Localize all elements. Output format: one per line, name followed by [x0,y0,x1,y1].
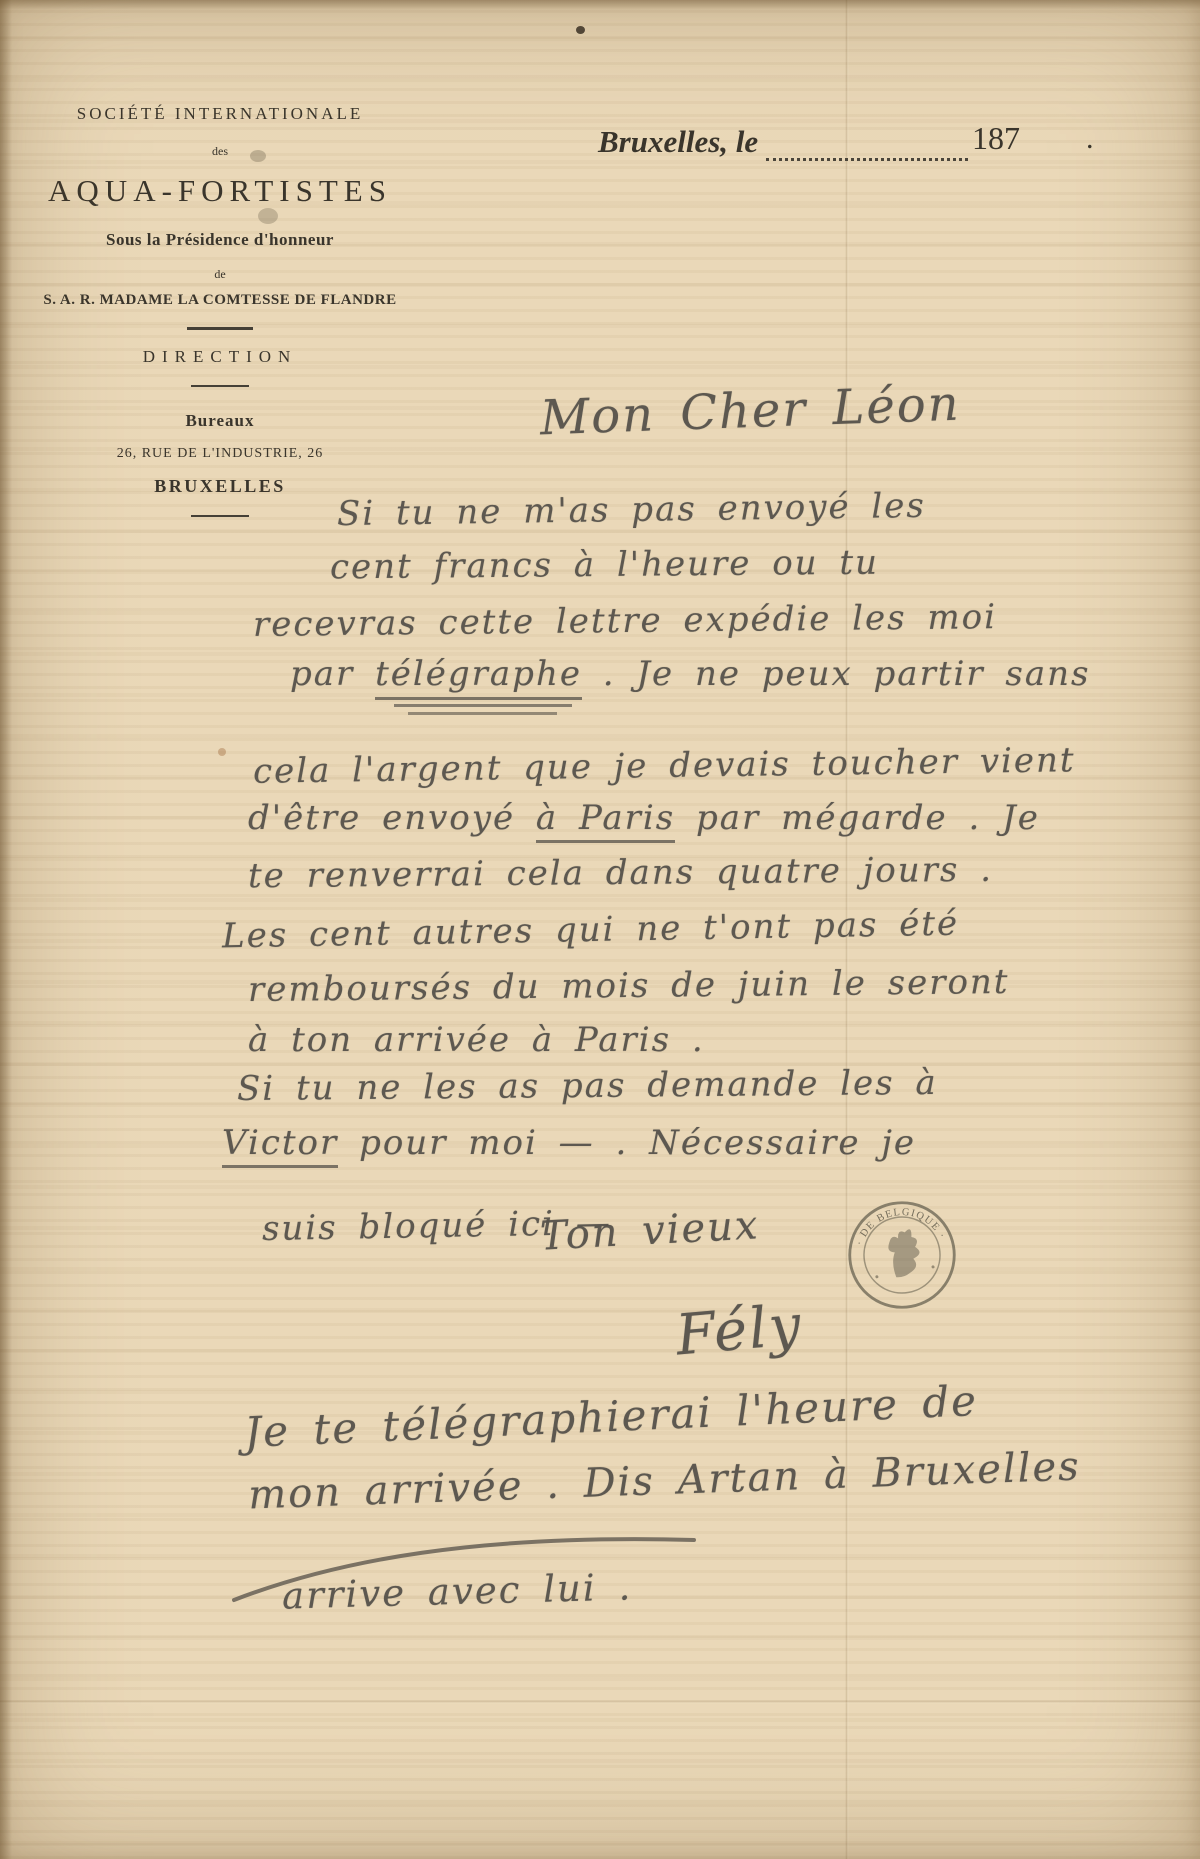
bureaux-label: Bureaux [42,411,398,431]
dateline-period: . [1086,122,1094,156]
line-text: Si tu ne m'as pas envoyé les [337,486,926,534]
letterhead: SOCIÉTÉ INTERNATIONALE des AQUA-FORTISTE… [42,104,398,517]
ink-speck [576,26,585,34]
line-text: . Je ne peux partir sans [582,654,1091,694]
salutation: Mon Cher Léon [539,376,961,447]
foxing-spot [218,748,226,756]
postscript-line-1: Je te télégraphierai l'heure de [243,1376,979,1457]
direction-label: DIRECTION [42,347,398,367]
honor-de: de [42,267,398,282]
signature: Fély [673,1293,805,1369]
honor-line: Sous la Présidence d'honneur [42,230,398,250]
divider [191,515,249,517]
dateline-dotted-rule [766,136,968,161]
divider [187,327,253,330]
handwriting-line-3: recevras cette lettre expédie les moi [253,597,997,645]
handwriting-line-5: cela l'argent que je devais toucher vien… [253,740,1076,791]
letter-page: SOCIÉTÉ INTERNATIONALE des AQUA-FORTISTE… [0,0,1200,1859]
line-text: cela l'argent que je devais toucher vien… [253,740,1076,791]
handwriting-line-2: cent francs à l'heure ou tu [330,543,879,588]
handwriting-line-9: remboursés du mois de juin le seront [248,962,1010,1010]
postscript-line-2: mon arrivée . Dis Artan à Bruxelles [247,1443,1081,1518]
underlined-word-victor: Victor [222,1123,338,1168]
lion-emblem [886,1228,923,1278]
handwriting-line-1: Si tu ne m'as pas envoyé les [337,486,926,534]
line-text: d'être envoyé [248,798,536,838]
fold-crease-horizontal [0,1700,1200,1704]
scan-edge-top [0,0,1200,10]
line-text: recevras cette lettre expédie les moi [253,597,997,645]
divider [191,385,249,387]
underlined-word-paris: à Paris [536,798,675,843]
society-title: SOCIÉTÉ INTERNATIONALE [42,104,398,124]
line-text: à ton arrivée à Paris . [248,1020,705,1060]
line-text: cent francs à l'heure ou tu [330,543,879,588]
underlined-word-telegraphe: télégraphe [375,654,582,700]
handwriting-line-6: d'être envoyé à Paris par mégarde . Je [248,798,1040,838]
handwriting-line-10: à ton arrivée à Paris . [248,1020,705,1060]
patron-line: S. A. R. MADAME LA COMTESSE DE FLANDRE [42,292,398,309]
dateline-year: 187 [972,120,1020,157]
society-name: AQUA-FORTISTES [42,173,398,209]
handwriting-line-4: par télégraphe . Je ne peux partir sans [290,654,1091,694]
handwriting-line-11: Si tu ne les as pas demande les à [237,1063,938,1109]
belgium-library-stamp-icon: · DE BELGIQUE · [836,1189,968,1321]
scan-edge-left [0,0,12,1859]
address-line: 26, RUE DE L'INDUSTRIE, 26 [42,446,398,462]
line-text: par [290,654,375,694]
handwriting-line-7: te renverrai cela dans quatre jours . [248,850,993,896]
society-des: des [42,144,398,159]
line-text: par mégarde . Je [675,798,1040,838]
line-text: pour moi — . Nécessaire je [338,1123,916,1163]
line-text: Si tu ne les as pas demande les à [237,1063,938,1109]
handwriting-line-12: Victor pour moi — . Nécessaire je [222,1123,916,1163]
line-text: remboursés du mois de juin le seront [248,962,1010,1010]
dateline-prefix: Bruxelles, le [598,124,758,160]
postscript-line-3: arrive avec lui . [281,1565,632,1617]
line-text: te renverrai cela dans quatre jours . [248,850,993,896]
